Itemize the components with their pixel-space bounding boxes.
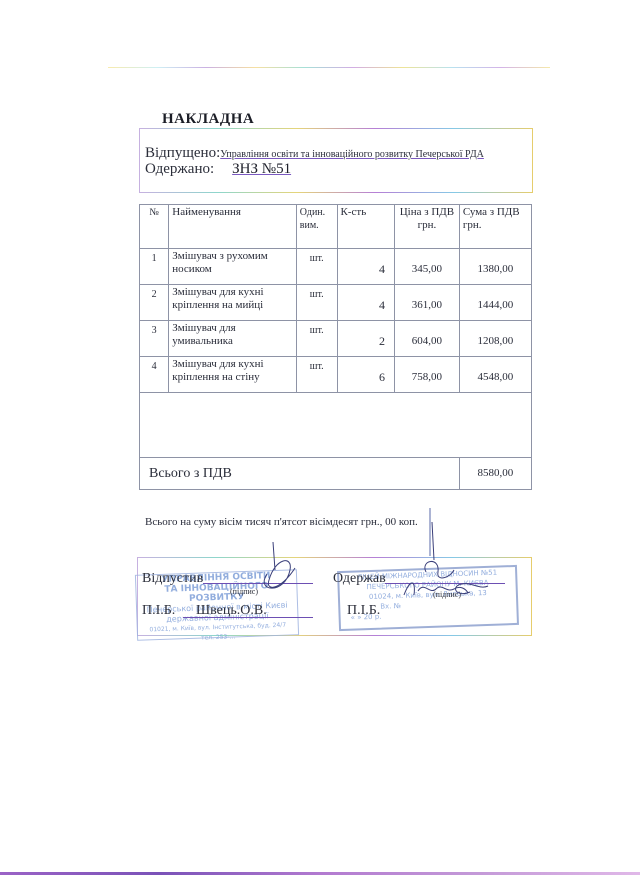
- row-sum: 1380,00: [459, 249, 531, 285]
- issued-label: Відпущено:: [145, 145, 220, 161]
- signature-scribble-left: [245, 540, 305, 600]
- header-unit: Один. вим.: [296, 205, 337, 249]
- received-line: Одержано:ЗНЗ №51: [145, 161, 305, 178]
- row-qty: 4: [337, 285, 394, 321]
- row-sum: 4548,00: [459, 357, 531, 393]
- stamp-signature-scribble: [400, 575, 470, 600]
- amount-in-words: Всього на суму вісім тисяч п'ятсот вісім…: [145, 516, 418, 528]
- received-value: ЗНЗ №51: [214, 161, 305, 177]
- table-row: 3 Змішувач для умивальника шт. 2 604,00 …: [140, 321, 532, 357]
- table-row: 4 Змішувач для кухні кріплення на стіну …: [140, 357, 532, 393]
- released-label: Відпустив: [142, 571, 203, 587]
- row-name: Змішувач для кухні кріплення на стіну: [169, 357, 297, 393]
- row-price: 604,00: [395, 321, 460, 357]
- received-label: Одержав: [333, 571, 386, 587]
- header-name: Найменування: [169, 205, 297, 249]
- row-name: Змішувач для умивальника: [169, 321, 297, 357]
- row-sum: 1208,00: [459, 321, 531, 357]
- row-qty: 2: [337, 321, 394, 357]
- row-no: 3: [140, 321, 169, 357]
- received-label: Одержано:: [145, 161, 214, 177]
- items-table: № Найменування Один. вим. К-сть Ціна з П…: [139, 204, 532, 490]
- row-price: 758,00: [395, 357, 460, 393]
- pen-mark: [427, 508, 433, 558]
- row-name: Змішувач з рухомим носиком: [169, 249, 297, 285]
- row-price: 361,00: [395, 285, 460, 321]
- row-unit: шт.: [296, 285, 337, 321]
- scan-artifact-line: [108, 67, 550, 68]
- row-no: 4: [140, 357, 169, 393]
- total-row: Всього з ПДВ 8580,00: [140, 458, 532, 490]
- row-name: Змішувач для кухні кріплення на мийці: [169, 285, 297, 321]
- header-qty: К-сть: [337, 205, 394, 249]
- row-sum: 1444,00: [459, 285, 531, 321]
- released-name-line: [183, 617, 313, 618]
- row-qty: 4: [337, 249, 394, 285]
- row-unit: шт.: [296, 357, 337, 393]
- header-box: Відпущено:Управління освіти та інновацій…: [139, 128, 533, 193]
- row-no: 2: [140, 285, 169, 321]
- received-name-label: П.І.Б.: [347, 603, 380, 619]
- row-no: 1: [140, 249, 169, 285]
- row-unit: шт.: [296, 321, 337, 357]
- released-name-label: П.І.Б.: [142, 603, 175, 619]
- scan-edge-line: [0, 872, 640, 875]
- table-row: 2 Змішувач для кухні кріплення на мийці …: [140, 285, 532, 321]
- row-qty: 6: [337, 357, 394, 393]
- empty-cell: [140, 393, 532, 458]
- table-row: 1 Змішувач з рухомим носиком шт. 4 345,0…: [140, 249, 532, 285]
- row-unit: шт.: [296, 249, 337, 285]
- document-title: НАКЛАДНА: [162, 111, 254, 128]
- header-price: Ціна з ПДВ грн.: [395, 205, 460, 249]
- total-label: Всього з ПДВ: [140, 458, 460, 490]
- header-sum: Сума з ПДВ грн.: [459, 205, 531, 249]
- total-value: 8580,00: [459, 458, 531, 490]
- issued-value: Управління освіти та інноваційного розви…: [220, 149, 484, 160]
- row-price: 345,00: [395, 249, 460, 285]
- issued-line: Відпущено:Управління освіти та інновацій…: [145, 145, 484, 162]
- empty-row: [140, 393, 532, 458]
- header-no: №: [140, 205, 169, 249]
- table-header-row: № Найменування Один. вим. К-сть Ціна з П…: [140, 205, 532, 249]
